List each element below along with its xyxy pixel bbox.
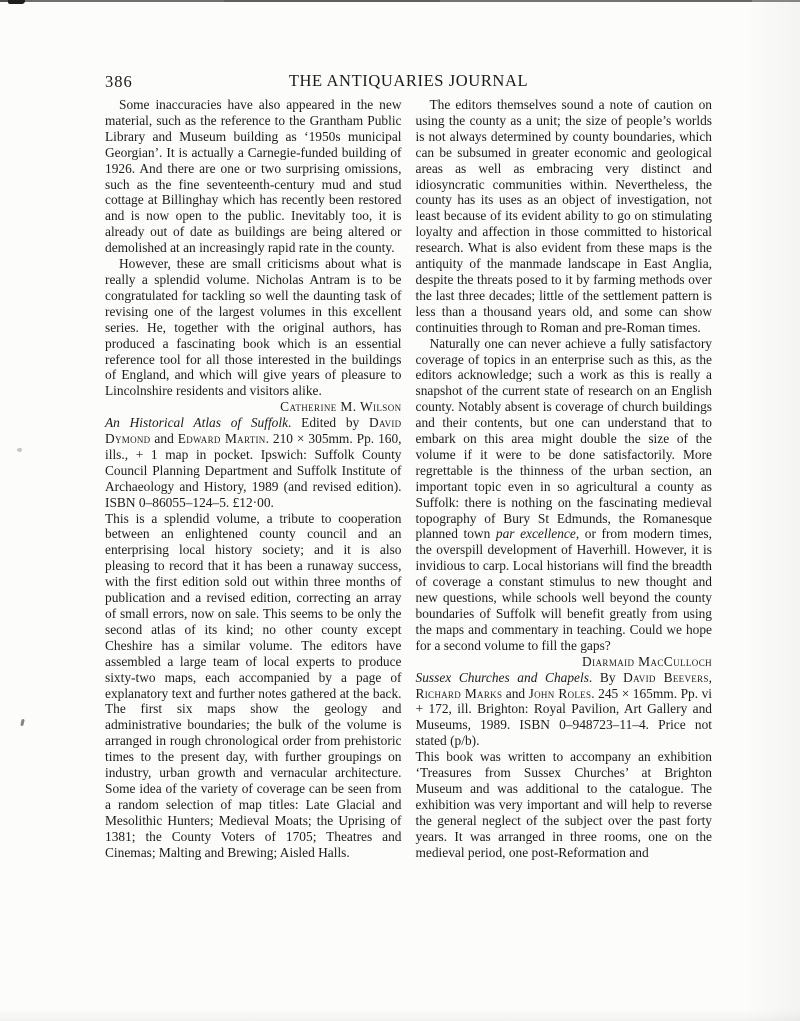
review-paragraph: Some inaccuracies have also appeared in …	[105, 97, 402, 256]
review-paragraph: This book was written to accompany an ex…	[416, 749, 713, 860]
review-paragraph: This is a splendid volume, a tribute to …	[105, 511, 402, 861]
journal-title: THE ANTIQUARIES JOURNAL	[105, 71, 712, 91]
scan-blob-artifact	[8, 0, 25, 4]
book-citation: Sussex Churches and Chapels. By David Be…	[416, 670, 713, 750]
book-citation: An Historical Atlas of Suffolk. Edited b…	[105, 415, 402, 510]
page-header: 386 THE ANTIQUARIES JOURNAL	[105, 71, 712, 93]
right-column: The editors themselves sound a note of c…	[416, 97, 713, 861]
scan-edge-shading-right	[745, 0, 800, 1021]
left-column: Some inaccuracies have also appeared in …	[105, 97, 402, 861]
review-paragraph: However, these are small criticisms abou…	[105, 256, 402, 399]
scan-speck-artifact	[17, 448, 22, 452]
scan-speck-artifact	[20, 719, 25, 727]
scanned-journal-page: 386 THE ANTIQUARIES JOURNAL Some inaccur…	[0, 0, 800, 1021]
scan-edge-artifact	[0, 0, 800, 2]
reviewer-signature: Catherine M. Wilson	[105, 399, 402, 415]
review-paragraph: The editors themselves sound a note of c…	[416, 97, 713, 336]
scan-edge-shading-bottom	[0, 1009, 800, 1021]
text-columns: Some inaccuracies have also appeared in …	[105, 97, 712, 861]
review-paragraph: Naturally one can never achieve a fully …	[416, 336, 713, 654]
reviewer-signature: Diarmaid MacCulloch	[416, 654, 713, 670]
